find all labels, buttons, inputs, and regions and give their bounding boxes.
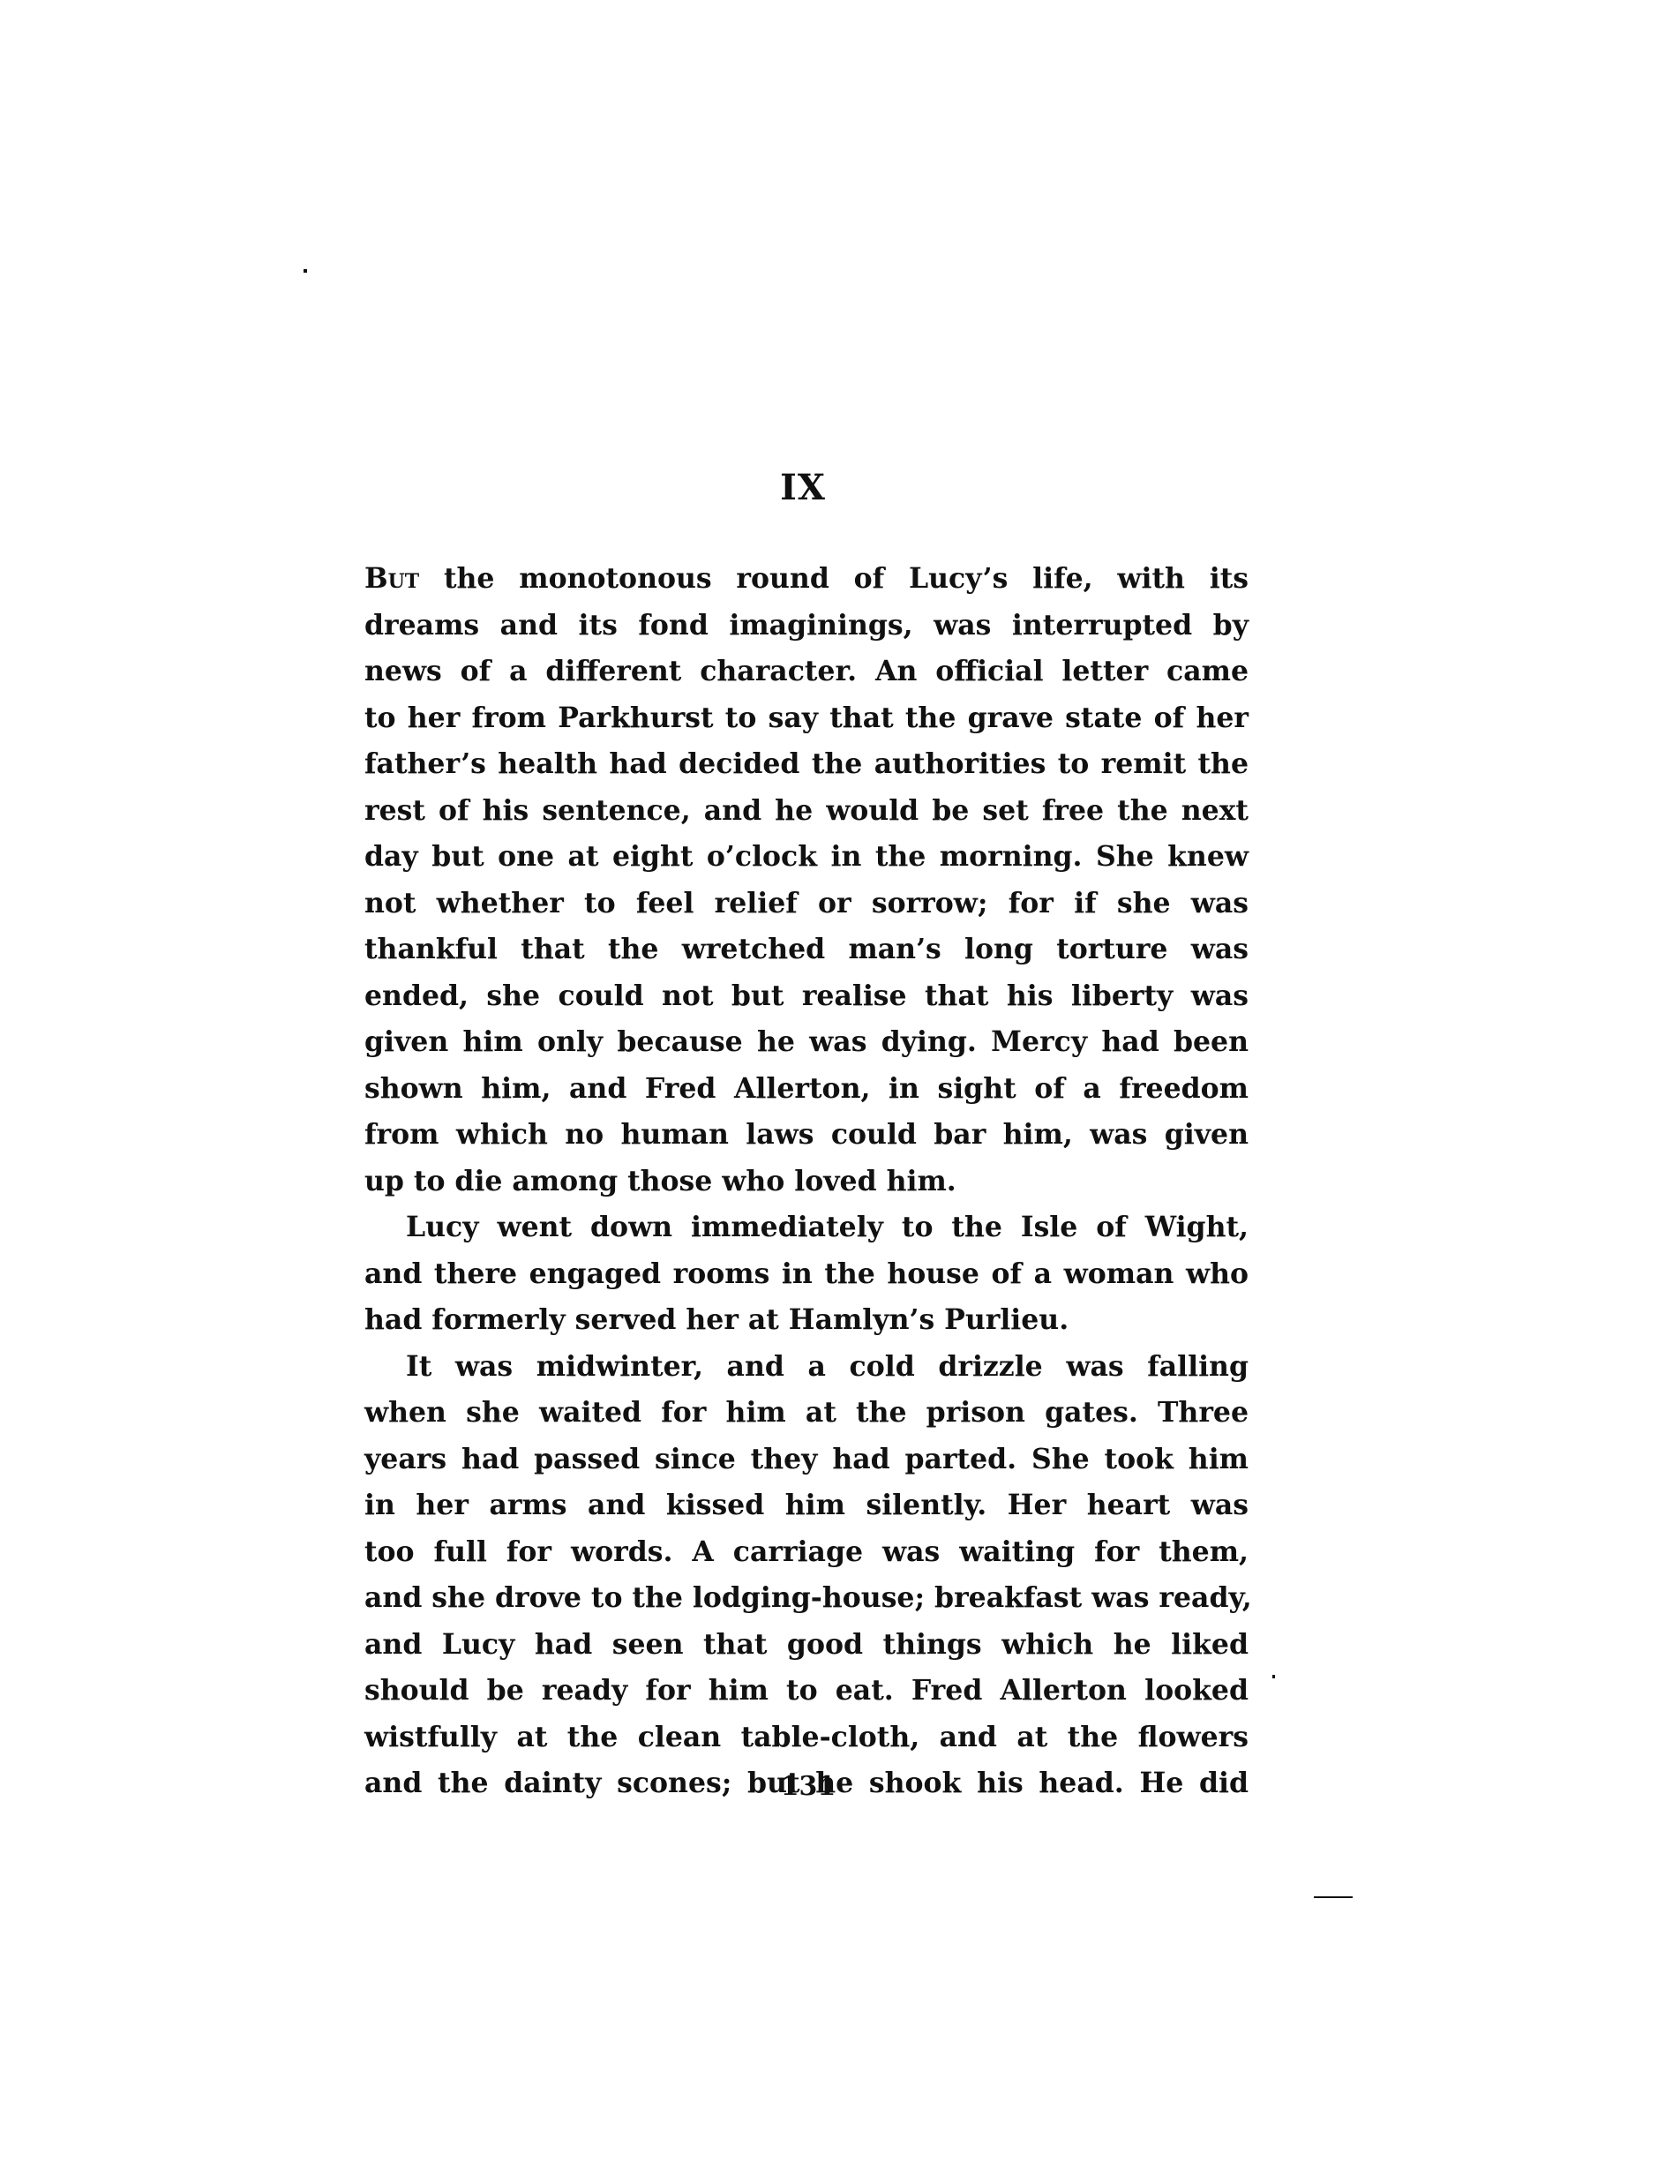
text-line: up to die among those who loved him. — [364, 1159, 1249, 1205]
chapter-heading: IX — [759, 466, 847, 510]
drop-word: But — [364, 562, 419, 595]
text-line: dreams and its fond imaginings, was inte… — [364, 603, 1249, 649]
text-line: given him only because he was dying. Mer… — [364, 1019, 1249, 1066]
text-line: should be ready for him to eat. Fred All… — [364, 1668, 1249, 1715]
text-line: in her arms and kissed him silently. Her… — [364, 1482, 1249, 1529]
text-line: years had passed since they had parted. … — [364, 1437, 1249, 1483]
text-line: ended, she could not but realise that hi… — [364, 973, 1249, 1020]
scan-speck — [304, 269, 307, 273]
text-line: from which no human laws could bar him, … — [364, 1112, 1249, 1159]
text-line: to her from Parkhurst to say that the gr… — [364, 695, 1249, 742]
text-line: had formerly served her at Hamlyn’s Purl… — [364, 1297, 1249, 1344]
text-line: father’s health had decided the authorit… — [364, 741, 1249, 788]
text-line: and Lucy had seen that good things which… — [364, 1622, 1249, 1669]
text-line: wistfully at the clean table-cloth, and … — [364, 1715, 1249, 1761]
text-line: too full for words. A carriage was waiti… — [364, 1529, 1249, 1576]
text-line: thankful that the wretched man’s long to… — [364, 927, 1249, 973]
book-page: IX But the monotonous round of Lucy’s li… — [0, 0, 1680, 2184]
text-line: and there engaged rooms in the house of … — [364, 1251, 1249, 1298]
text-line: news of a different character. An offici… — [364, 649, 1249, 695]
text-line: But the monotonous round of Lucy’s life,… — [364, 556, 1249, 603]
scan-speck — [1272, 1675, 1275, 1678]
body-text: But the monotonous round of Lucy’s life,… — [364, 556, 1249, 1807]
text-line: not whether to feel relief or sorrow; fo… — [364, 881, 1249, 927]
text-line: Lucy went down immediately to the Isle o… — [364, 1205, 1249, 1251]
page-number: 131 — [764, 1769, 852, 1805]
text-line: when she waited for him at the prison ga… — [364, 1390, 1249, 1437]
line-text: the monotonous round of Lucy’s life, wit… — [419, 562, 1249, 595]
text-line: day but one at eight o’clock in the morn… — [364, 834, 1249, 881]
text-line: and she drove to the lodging-house; brea… — [364, 1575, 1249, 1622]
text-line: shown him, and Fred Allerton, in sight o… — [364, 1066, 1249, 1113]
scan-dash-mark — [1314, 1896, 1353, 1898]
text-line: rest of his sentence, and he would be se… — [364, 788, 1249, 835]
text-line: It was midwinter, and a cold drizzle was… — [364, 1344, 1249, 1391]
